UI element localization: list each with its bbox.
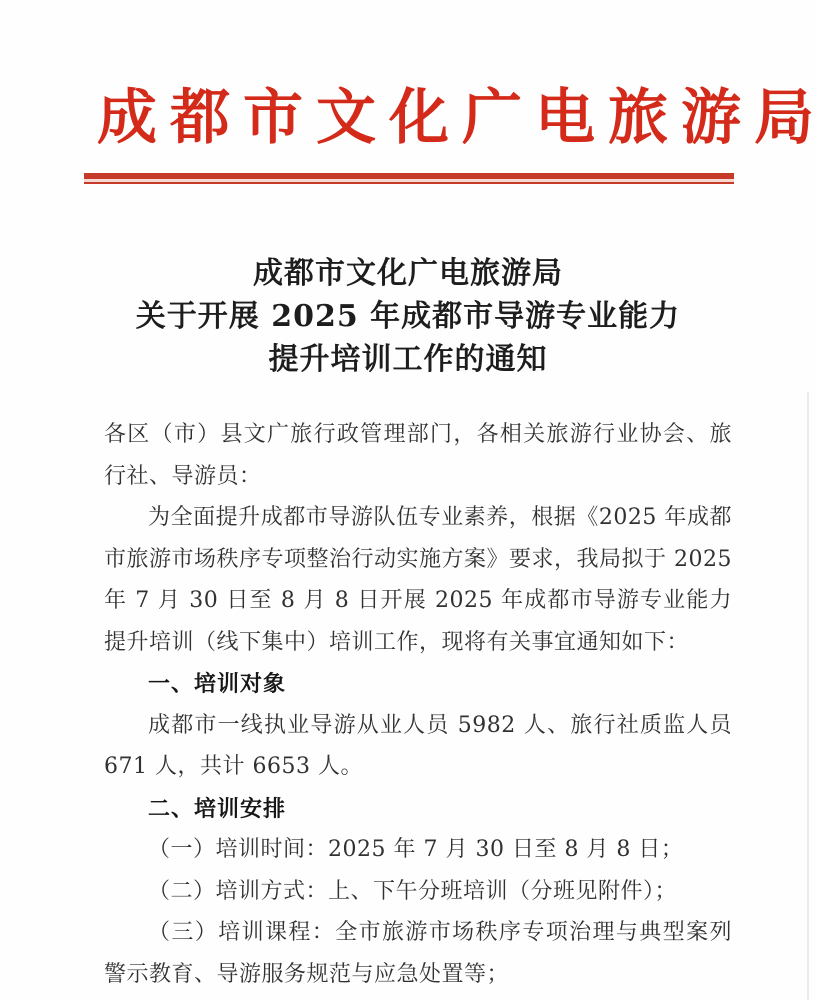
section2-item-1: （一）培训时间：2025 年 7 月 30 日至 8 月 8 日； [104,829,732,871]
section2-heading: 二、培训安排 [104,788,732,830]
section2-item-2: （二）培训方式：上、下午分班培训（分班见附件）； [104,871,732,913]
section1-paragraph: 成都市一线执业导游从业人员 5982 人、旅行社质监人员 671 人，共计 66… [104,705,732,788]
letterhead-divider-thin-line [84,182,734,184]
letterhead: 成都市文化广电旅游局 [84,72,734,184]
scanned-notice-page: 成都市文化广电旅游局 成都市文化广电旅游局 关于开展 2025 年成都市导游专业… [0,0,816,1000]
document-title-line-2: 关于开展 2025 年成都市导游专业能力 [0,295,816,338]
document-title: 成都市文化广电旅游局 关于开展 2025 年成都市导游专业能力 提升培训工作的通… [0,252,816,381]
intro-paragraph: 为全面提升成都市导游队伍专业素养，根据《2025 年成都市旅游市场秩序专项整治行… [104,497,732,663]
document-body: 各区（市）县文广旅行政管理部门，各相关旅游行业协会、旅行社、导游员： 为全面提升… [104,414,732,995]
scan-edge-artifact [807,392,809,1000]
document-title-line-3: 提升培训工作的通知 [0,338,816,381]
section2-item-3: （三）培训课程：全市旅游市场秩序专项治理与典型案列警示教育、导游服务规范与应急处… [104,912,732,995]
letterhead-agency-name: 成都市文化广电旅游局 [84,72,734,165]
section1-heading: 一、培训对象 [104,663,732,705]
letterhead-divider [84,173,734,184]
document-title-line-1: 成都市文化广电旅游局 [0,252,816,295]
salutation-paragraph: 各区（市）县文广旅行政管理部门，各相关旅游行业协会、旅行社、导游员： [104,414,732,497]
